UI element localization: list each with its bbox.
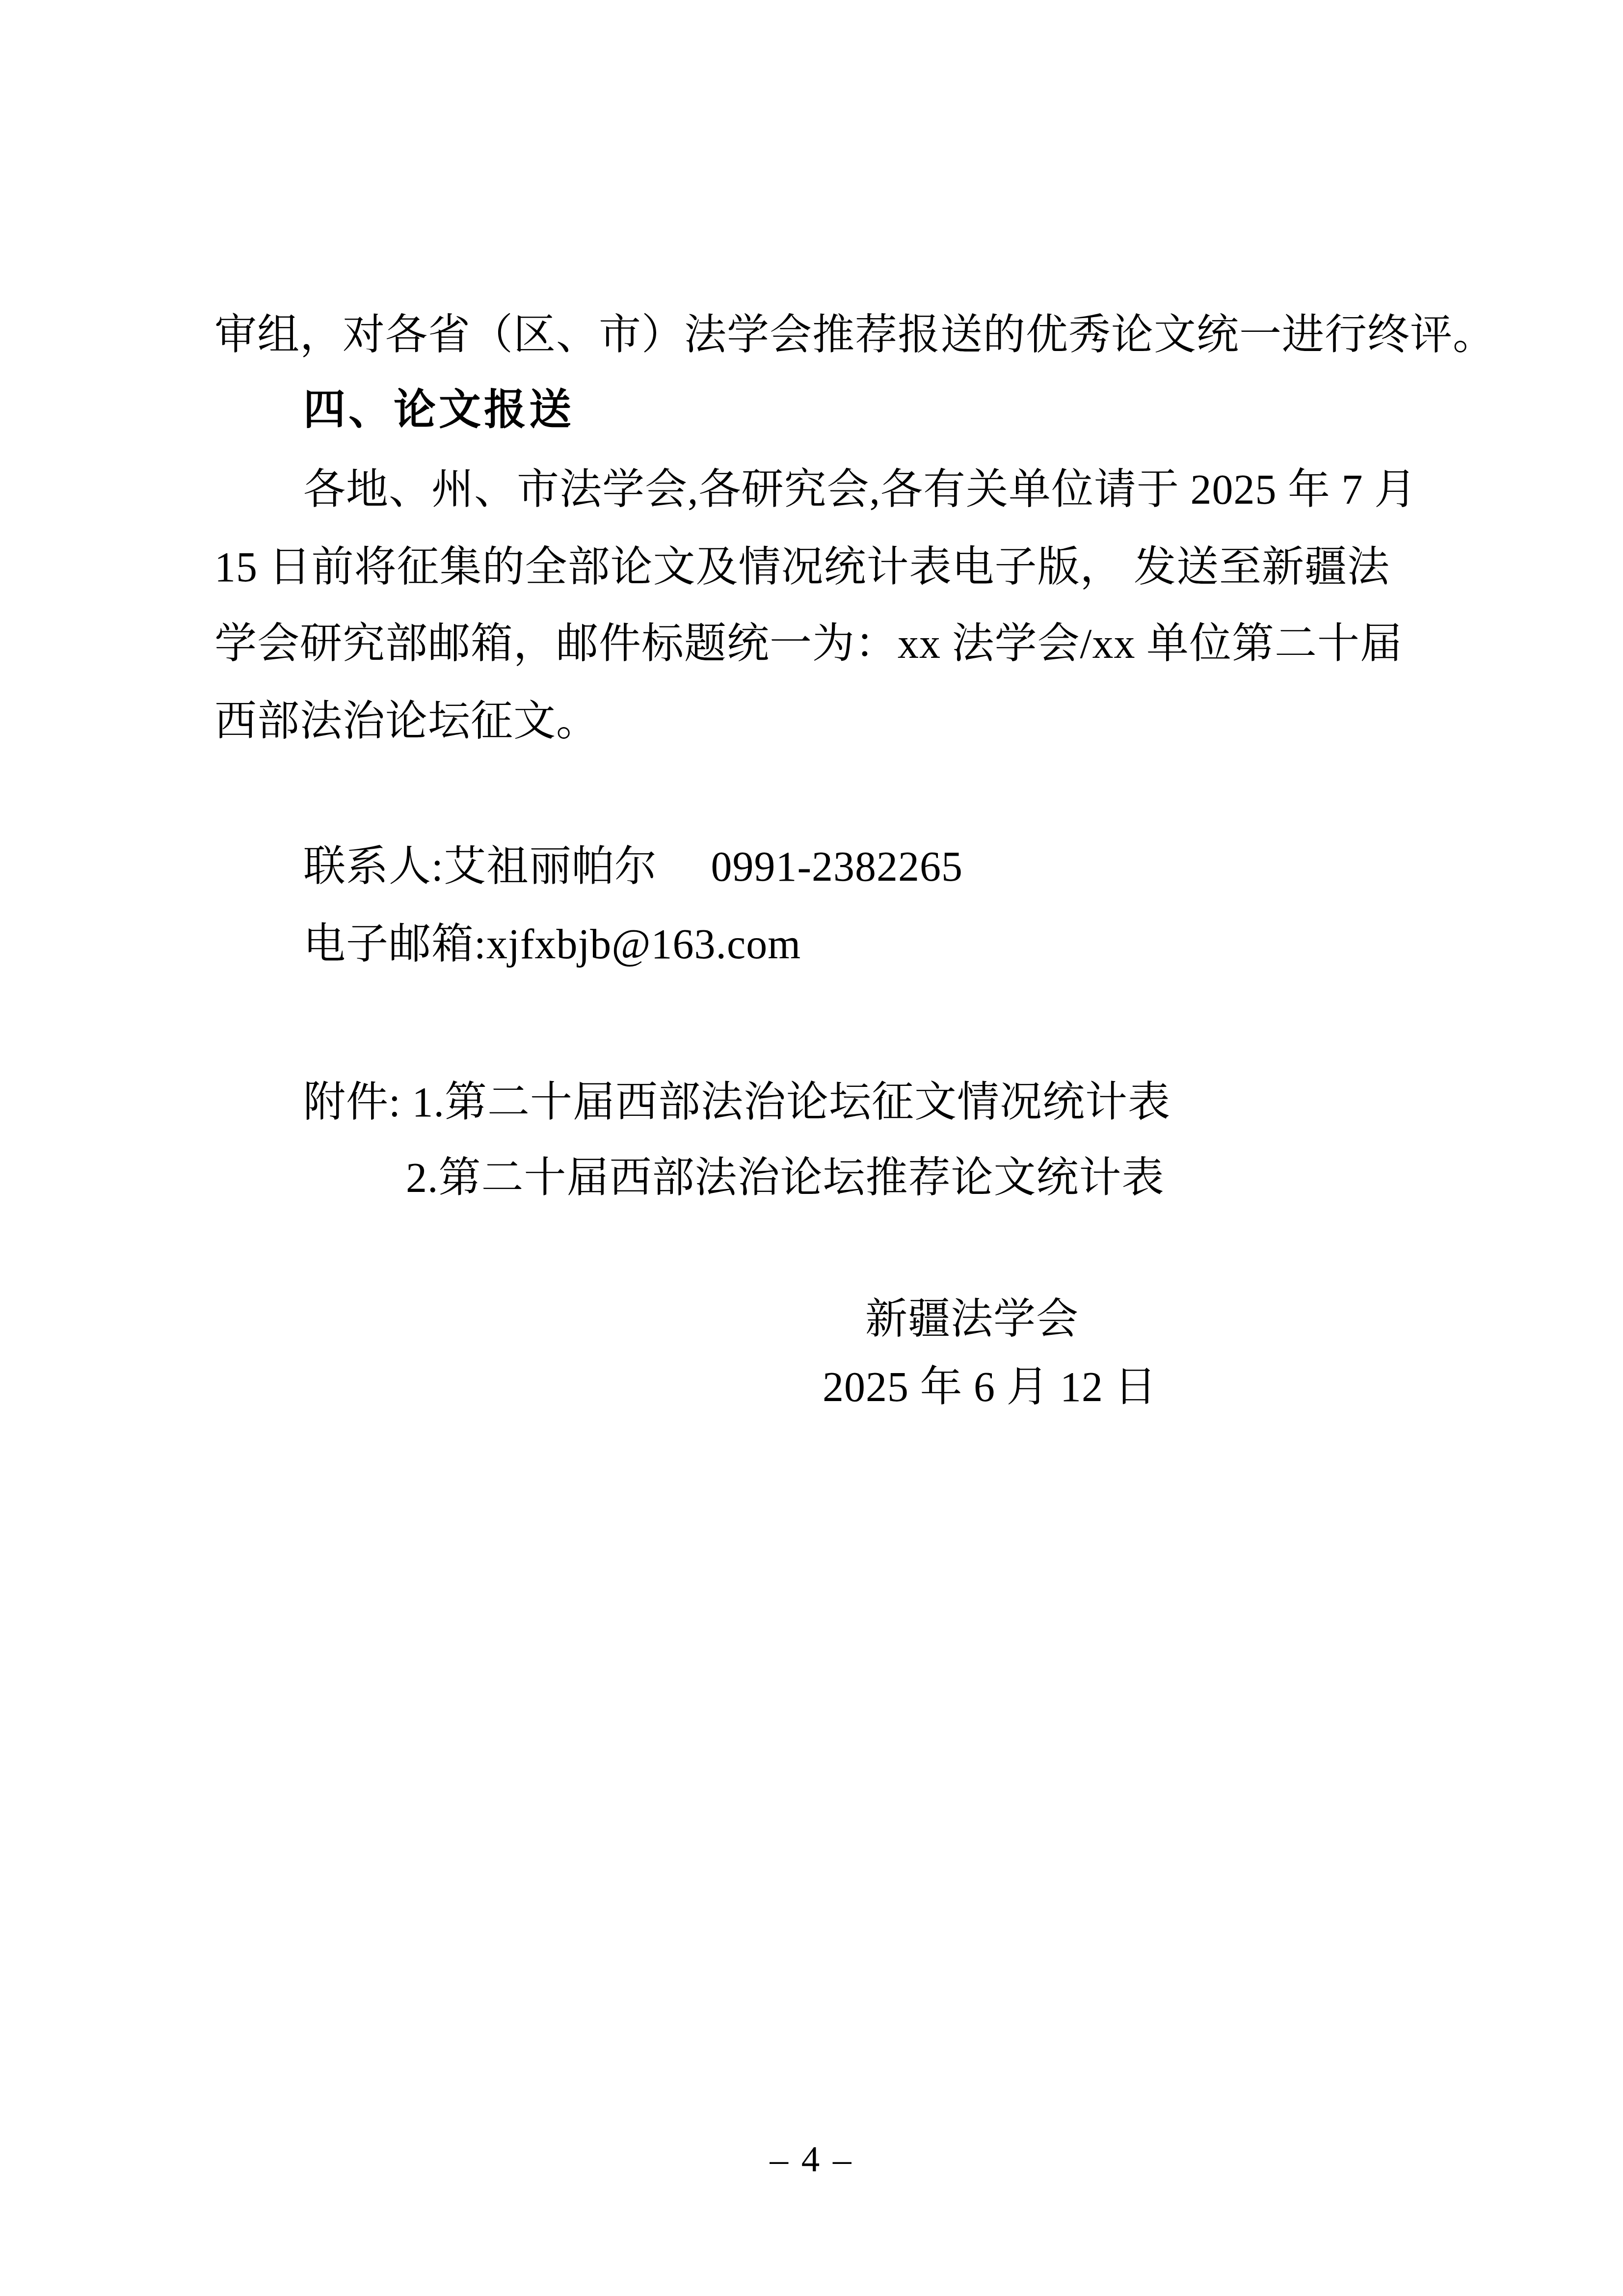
paragraph-line-1: 各地、州、市法学会,各研究会,各有关单位请于 2025 年 7 月	[303, 466, 1417, 513]
paragraph-line-4: 西部法治论坛征文。	[214, 698, 599, 745]
signature-organization: 新疆法学会	[865, 1296, 1079, 1343]
contact-person-line: 联系人:艾祖丽帕尔 0991-2382265	[303, 843, 963, 890]
section-heading: 四、论文报送	[303, 387, 574, 433]
paragraph-line-2: 15 日前将征集的全部论文及情况统计表电子版， 发送至新疆法	[214, 544, 1390, 591]
attachment-line-2: 2.第二十届西部法治论坛推荐论文统计表	[406, 1155, 1165, 1201]
contact-email-line: 电子邮箱:xjfxbjb@163.com	[303, 921, 801, 968]
intro-line: 审组，对各省（区、市）法学会推荐报送的优秀论文统一进行终评。	[214, 312, 1495, 358]
paragraph-line-3: 学会研究部邮箱，邮件标题统一为：xx 法学会/xx 单位第二十届	[214, 621, 1403, 667]
signature-date: 2025 年 6 月 12 日	[823, 1364, 1157, 1410]
footer-page-number: – 4 –	[0, 2139, 1623, 2180]
document-page: 审组，对各省（区、市）法学会推荐报送的优秀论文统一进行终评。 四、论文报送 各地…	[0, 0, 1623, 2296]
attachment-line-1: 附件: 1.第二十届西部法治论坛征文情况统计表	[303, 1079, 1171, 1126]
